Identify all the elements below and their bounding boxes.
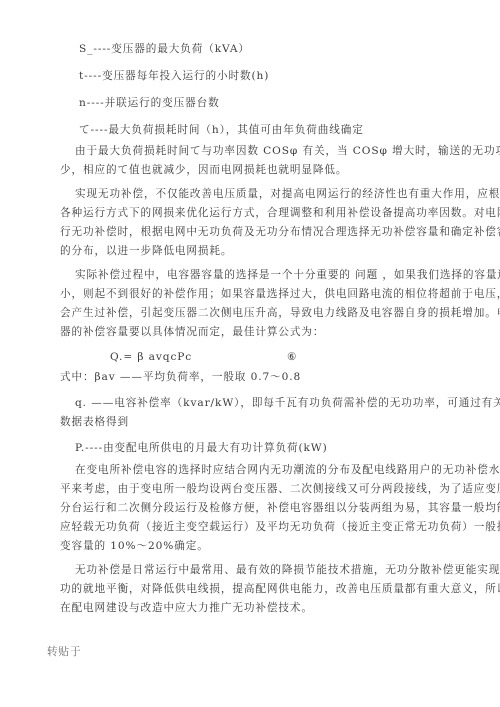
paragraph-line: 无功补偿是日常运行中最常用、最有效的降损节能技术措施，无功分散补偿更能实现无 (75, 563, 500, 577)
definition-symbol: n (79, 97, 87, 109)
paragraph-line: 实际补偿过程中，电容器容量的选择是一个十分重要的 问题 ，如果我们选择的容量过 (75, 268, 500, 282)
paragraph-line: 少，相应的て值也就减少，因而电网损耗也就明显降低。 (60, 163, 347, 177)
paragraph-line: 行无功补偿时，根据电网中无功负荷及无功分布情况合理选择无功补偿容量和确定补偿容量 (60, 225, 500, 239)
paragraph-line: 应轻载无功负荷（接近主变空载运行）及平均无功负荷（接近主变正常无功负荷）一般按主 (60, 520, 500, 534)
definition-text: ----并联运行的变压器台数 (87, 97, 220, 109)
paragraph-line: 在配电网建设与改造中应大力推广无功补偿技术。 (60, 601, 313, 615)
paragraph-line: 小，则起不到很好的补偿作用；如果容量选择过大，供电回路电流的相位将超前于电压，就 (60, 287, 500, 301)
definition-line: n----并联运行的变压器台数 (79, 96, 220, 110)
definition-text: ----变压器的最大负荷（kVA） (93, 43, 250, 55)
formula-number: ⑥ (287, 350, 297, 364)
paragraph-line: 功的就地平衡，对降低供电线损，提高配网供电能力，改善电压质量都有重大意义，所以， (60, 582, 500, 596)
definition-text: ----变压器每年投入运行的小时数(h) (84, 70, 269, 82)
definition-symbol: て (79, 124, 91, 136)
definition-line: て----最大负荷损耗时间（h），其值可由年负荷曲线确定 (79, 123, 364, 137)
paragraph-line: 平来考虑，由于变电所一般均设两台变压器、二次侧接线又可分两段接线，为了适应变压器 (60, 482, 500, 496)
paragraph-line: 在变电所补偿电容的选择时应结合网内无功潮流的分布及配电线路用户的无功补偿水 (75, 463, 500, 477)
paragraph-line: 变容量的 10%～20%确定。 (60, 539, 209, 553)
definition-line: t----变压器每年投入运行的小时数(h) (79, 69, 269, 83)
paragraph-line: 由于最大负荷损耗时间て与功率因数 COSφ 有关，当 COSφ 增大时，输送的无… (75, 144, 500, 158)
paragraph-line: 各种运行方式下的网损来优化运行方式，合理调整和利用补偿设备提高功率因数。对电网进 (60, 206, 500, 220)
formula-term: 数据表格得到 (60, 415, 129, 429)
paragraph-line: 实现无功补偿，不仅能改善电压质量，对提高电网运行的经济性也有重大作用，应根据 (75, 187, 500, 201)
definition-text: ----最大负荷损耗时间（h），其值可由年负荷曲线确定 (91, 124, 364, 136)
paragraph-line: 的分布，以进一步降低电网损耗。 (60, 244, 232, 258)
formula-term: P.----由变配电所供电的月最大有功计算负荷(kW) (75, 441, 328, 455)
paragraph-line: 器的补偿容量要以具体情况而定，最佳计算公式为： (60, 325, 324, 339)
formula-term: q. ——电容补偿率（kvar/kW），即每千瓦有功负荷需补偿的无功功率，可通过… (75, 396, 500, 410)
definition-line: S_----变压器的最大负荷（kVA） (79, 42, 250, 56)
paragraph-line: 会产生过补偿，引起变压器二次侧电压升高，导致电力线路及电容器自身的损耗增加。电容 (60, 306, 500, 320)
paragraph-line: 分台运行和二次侧分段运行及检修方便，补偿电容器组以分装两组为易，其容量一般均能适 (60, 501, 500, 515)
footer-text: 转贴于 (47, 645, 81, 659)
definition-symbol: S_ (79, 43, 93, 55)
document-page: S_----变压器的最大负荷（kVA） t----变压器每年投入运行的小时数(h… (0, 0, 500, 707)
formula-expression: Q.= β avqcPc (110, 350, 192, 364)
formula-term: 式中：βav ——平均负荷率，一般取 0.7～0.8 (60, 370, 301, 384)
